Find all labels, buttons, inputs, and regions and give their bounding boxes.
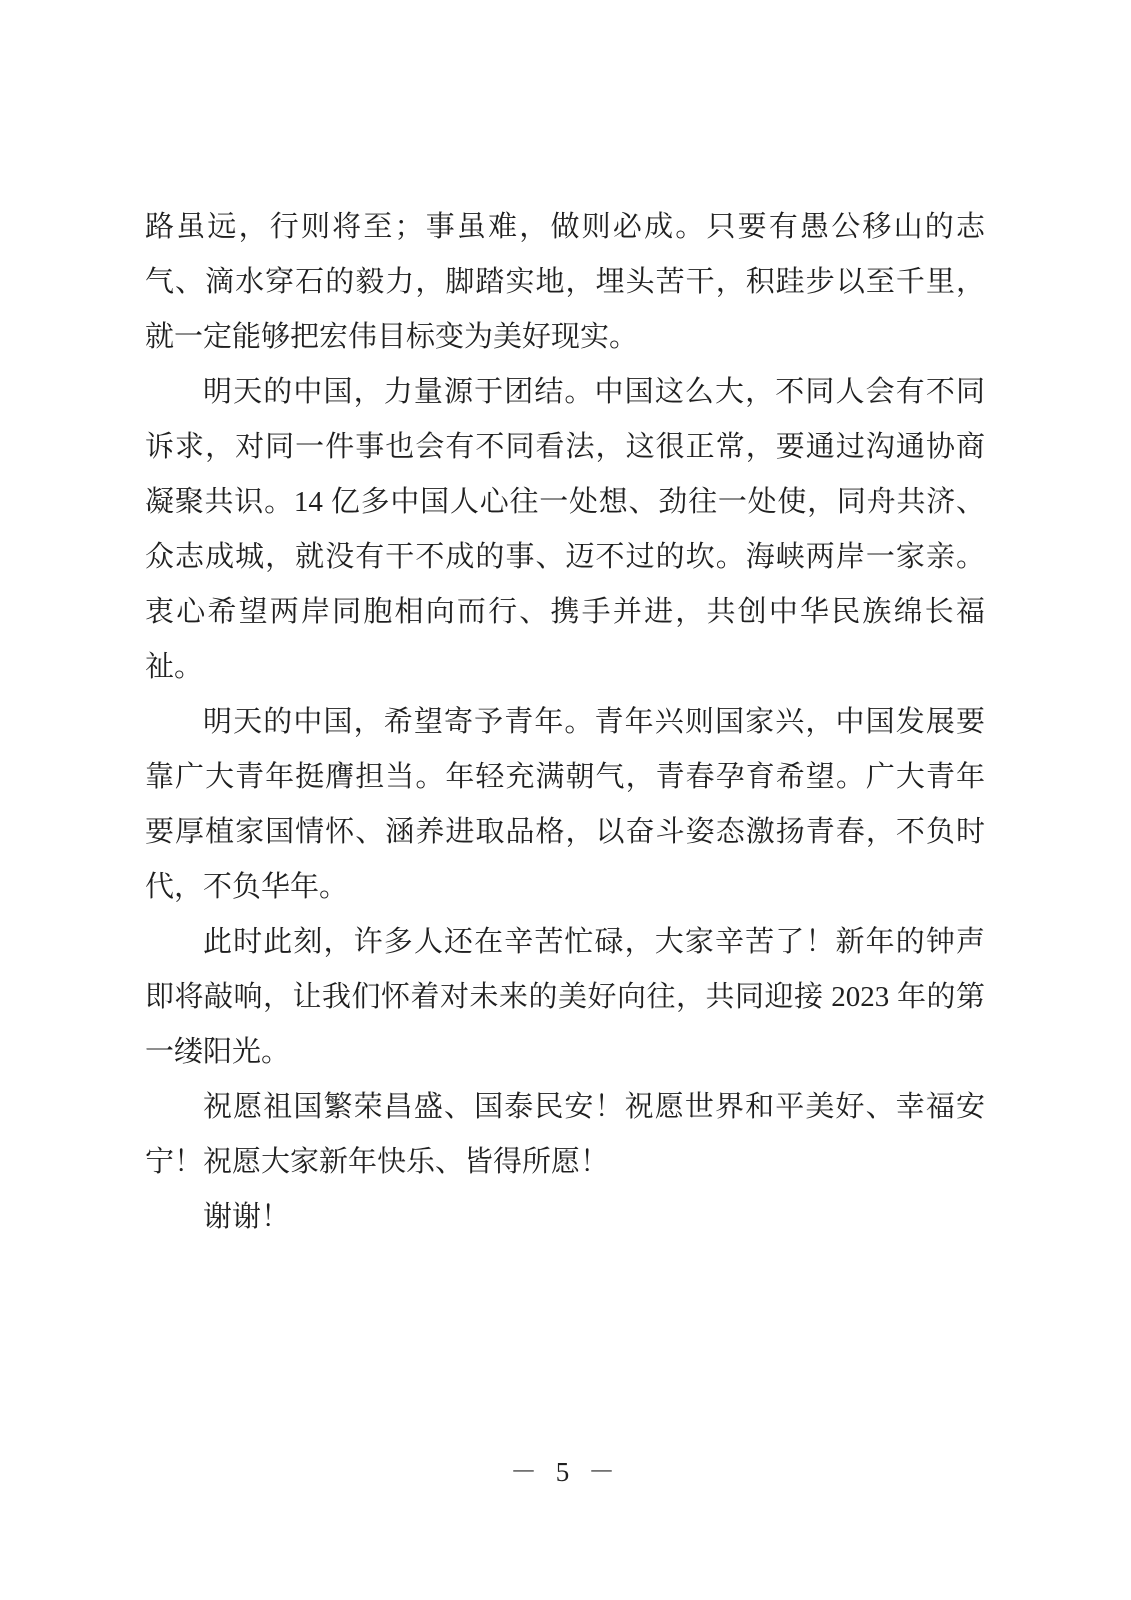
page-number: － 5 － — [0, 1452, 1131, 1492]
paragraph: 此时此刻，许多人还在辛苦忙碌，大家辛苦了！新年的钟声即将敲响，让我们怀着对未来的… — [145, 915, 985, 1080]
paragraph: 祝愿祖国繁荣昌盛、国泰民安！祝愿世界和平美好、幸福安宁！祝愿大家新年快乐、皆得所… — [145, 1080, 985, 1190]
paragraph: 谢谢！ — [145, 1190, 985, 1245]
paragraph: 明天的中国，力量源于团结。中国这么大，不同人会有不同诉求，对同一件事也会有不同看… — [145, 365, 985, 695]
paragraph: 路虽远，行则将至；事虽难，做则必成。只要有愚公移山的志气、滴水穿石的毅力，脚踏实… — [145, 200, 985, 365]
document-body: 路虽远，行则将至；事虽难，做则必成。只要有愚公移山的志气、滴水穿石的毅力，脚踏实… — [145, 200, 985, 1245]
document-page: 路虽远，行则将至；事虽难，做则必成。只要有愚公移山的志气、滴水穿石的毅力，脚踏实… — [0, 0, 1131, 1600]
paragraph: 明天的中国，希望寄予青年。青年兴则国家兴，中国发展要靠广大青年挺膺担当。年轻充满… — [145, 695, 985, 915]
